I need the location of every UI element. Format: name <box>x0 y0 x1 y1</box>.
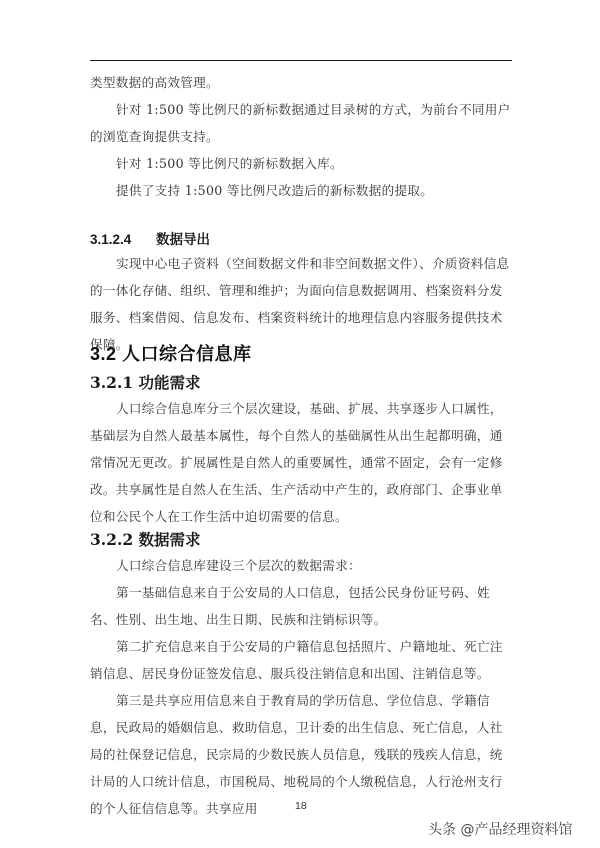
paragraph: 第二扩充信息来自于公安局的户籍信息包括照片、户籍地址、死亡注销信息、居民身份证签… <box>90 633 512 687</box>
paragraph: 人口综合信息库分三个层次建设，基础、扩展、共享逐步人口属性，基础层为自然人最基本… <box>90 395 512 530</box>
paragraph: 第一基础信息来自于公安局的人口信息，包括公民身份证号码、姓名、性别、出生地、出生… <box>90 579 512 633</box>
section-heading-3-2-2: 3.2.2 数据需求 <box>90 528 201 550</box>
section-heading-3-1-2-4: 3.1.2.4数据导出 <box>90 228 210 248</box>
paragraph: 针对 1:500 等比例尺的新标数据通过目录树的方式，为前台不同用户的浏览查询提… <box>90 96 512 150</box>
section-heading-3-2-1: 3.2.1 功能需求 <box>90 371 201 393</box>
watermark: 头条 @产品经理资料馆 <box>428 819 572 839</box>
section-number: 3.1.2.4 <box>90 232 156 247</box>
paragraph: 人口综合信息库建设三个层次的数据需求： <box>90 552 512 579</box>
paragraph: 针对 1:500 等比例尺的新标数据入库。 <box>90 150 512 177</box>
paragraph: 类型数据的高效管理。 <box>90 69 512 96</box>
page-number: 18 <box>295 800 307 812</box>
section-heading-3-2: 3.2 人口综合信息库 <box>90 340 252 366</box>
section-title: 数据导出 <box>156 232 210 247</box>
paragraph: 提供了支持 1:500 等比例尺改造后的新标数据的提取。 <box>90 177 512 204</box>
header-rule <box>90 60 512 61</box>
